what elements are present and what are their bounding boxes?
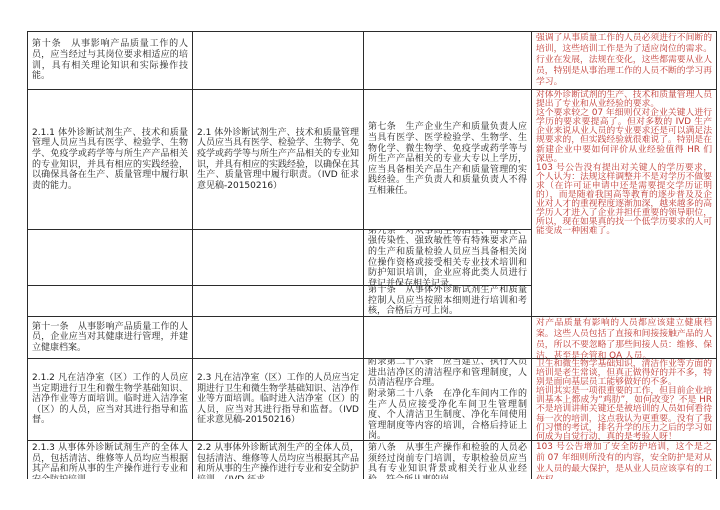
empty-cell <box>364 32 532 90</box>
comment-training-necessity: 强调了从事质量工作的人员必须进行不间断的培训，这些培训工作是为了适应岗位的需求。… <box>532 32 717 90</box>
regulation-comparison-table: 第十条 从事影响产品质量工作的人员，应当经过与其岗位要求相适应的培训，具有相关理… <box>27 31 717 479</box>
cell-article-7-responsible-persons: 第七条 生产企业生产和质量负责人应当具有医学、医学检验学、生物学、生物化学、微生… <box>364 90 532 230</box>
cell-text: 2.1 体外诊断试剂生产、技术和质量管理人员应当具有医学、检验学、生物学、免疫学… <box>197 128 359 192</box>
cell-text: 附录第二十六条 应当建立、执行人员进出洁净区的清洁程序和管理制度，人员清洁程序合… <box>368 359 527 441</box>
comment-hygiene-training: 卫生和微生物学基础知识，清洁作业等方面的培训是老生常谈，但真正做得好的并不多，特… <box>532 359 717 441</box>
comment-text: 对体外诊断试剂的生产、技术和质量管理人员提出了专业和从业经验的要求。 这个要求较… <box>536 91 712 237</box>
comment-text: 卫生和微生物学基础知识，清洁作业等方面的培训是老生常谈，但真正做得好的并不多，特… <box>536 360 712 441</box>
cell-text: 第十条 从事影响产品质量工作的人员，应当经过与其岗位要求相适应的培训，具有相关理… <box>32 39 188 81</box>
comment-health-records: 对产品质量有影响的人员都应该建立健康档案。这些人员包括了直接和间接接触产品的人员… <box>532 317 717 359</box>
cell-article-8-pre-job-training: 第八条 从事生产操作和检验的人员必须经过岗前专门培训，专职检验员应当具有专业知识… <box>364 441 532 479</box>
cell-article-10-quality-personnel: 第十条 从事影响产品质量工作的人员，应当经过与其岗位要求相适应的培训，具有相关理… <box>28 32 193 90</box>
empty-cell <box>193 317 364 359</box>
cell-2-1-3-all-personnel-training: 2.1.3 从事体外诊断试剂生产的全体人员，包括清洁、维修等人员均应当根据其产品… <box>28 441 193 479</box>
empty-cell <box>193 230 364 286</box>
cell-text: 2.1.1 体外诊断试剂生产、技术和质量管理人员应当具有医学、检验学、生物学、免… <box>32 128 188 192</box>
cell-text: 第九条 对从事高生物活性、高毒性、强传染性、强致敏性等有特殊要求产品的生产和质量… <box>368 230 527 286</box>
empty-cell <box>364 317 532 359</box>
cell-article-10-training-assessment: 第十条 从事体外诊断试剂生产和质量控制人员应当按照本细则进行培训和考核，合格后方… <box>364 286 532 317</box>
empty-cell <box>193 32 364 90</box>
cell-text: 2.2 从事体外诊断试剂生产的全体人员，包括清洁、维修等人员均应当根据其产品和所… <box>197 443 359 479</box>
cell-article-9-special-products: 第九条 对从事高生物活性、高毒性、强传染性、强致敏性等有特殊要求产品的生产和质量… <box>364 230 532 286</box>
cell-2-1-2-cleanroom-personnel: 2.1.2 凡在洁净室（区）工作的人员应当定期进行卫生和微生物学基础知识、洁净作… <box>28 359 193 441</box>
cell-article-11-health-management: 第十一条 从事影响产品质量工作的人员，企业应当对其健康进行管理，并建立健康档案。 <box>28 317 193 359</box>
cell-2-1-1-ivd-personnel: 2.1.1 体外诊断试剂生产、技术和质量管理人员应当具有医学、检验学、生物学、免… <box>28 90 193 230</box>
cell-text: 第八条 从事生产操作和检验的人员必须经过岗前专门培训，专职检验员应当具有专业知识… <box>368 443 527 479</box>
comment-text: 对产品质量有影响的人员都应该建立健康档案。这些人员包括了直接和间接接触产品的人员… <box>536 318 712 359</box>
empty-cell <box>28 286 193 317</box>
empty-cell <box>28 230 193 286</box>
cell-2-2-all-personnel-training-draft: 2.2 从事体外诊断试剂生产的全体人员，包括清洁、维修等人员均应当根据其产品和所… <box>193 441 364 479</box>
cell-text: 第十一条 从事影响产品质量工作的人员，企业应当对其健康进行管理，并建立健康档案。 <box>32 322 188 354</box>
cell-text: 2.3 凡在洁净室（区）工作的人员应当定期进行卫生和微生物学基础知识、洁净作业等… <box>197 373 359 426</box>
cell-2-3-cleanroom-personnel-draft: 2.3 凡在洁净室（区）工作的人员应当定期进行卫生和微生物学基础知识、洁净作业等… <box>193 359 364 441</box>
empty-cell <box>193 286 364 317</box>
cell-text: 2.1.2 凡在洁净室（区）工作的人员应当定期进行卫生和微生物学基础知识、洁净作… <box>32 373 188 426</box>
cell-text: 2.1.3 从事体外诊断试剂生产的全体人员，包括清洁、维修等人员均应当根据其产品… <box>32 443 188 479</box>
cell-text: 第七条 生产企业生产和质量负责人应当具有医学、医学检验学、生物学、生物化学、微生… <box>368 122 527 196</box>
comment-text: 强调了从事质量工作的人员必须进行不间断的培训，这些培训工作是为了适应岗位的需求。… <box>536 33 712 88</box>
cell-text: 第十条 从事体外诊断试剂生产和质量控制人员应当按照本细则进行培训和考核，合格后方… <box>368 286 527 317</box>
comment-safety-protection-training: 103 号公告增加了安全防护培训，这个是之前 07 年细则所没有的内容，安全防护… <box>532 441 717 479</box>
comment-text: 103 号公告增加了安全防护培训，这个是之前 07 年细则所没有的内容，安全防护… <box>536 442 712 479</box>
cell-appendix-26-28-cleanroom: 附录第二十六条 应当建立、执行人员进出洁净区的清洁程序和管理制度，人员清洁程序合… <box>364 359 532 441</box>
comment-experience-education-requirements: 对体外诊断试剂的生产、技术和质量管理人员提出了专业和从业经验的要求。 这个要求较… <box>532 90 717 317</box>
cell-2-1-ivd-personnel-draft: 2.1 体外诊断试剂生产、技术和质量管理人员应当具有医学、检验学、生物学、免疫学… <box>193 90 364 230</box>
